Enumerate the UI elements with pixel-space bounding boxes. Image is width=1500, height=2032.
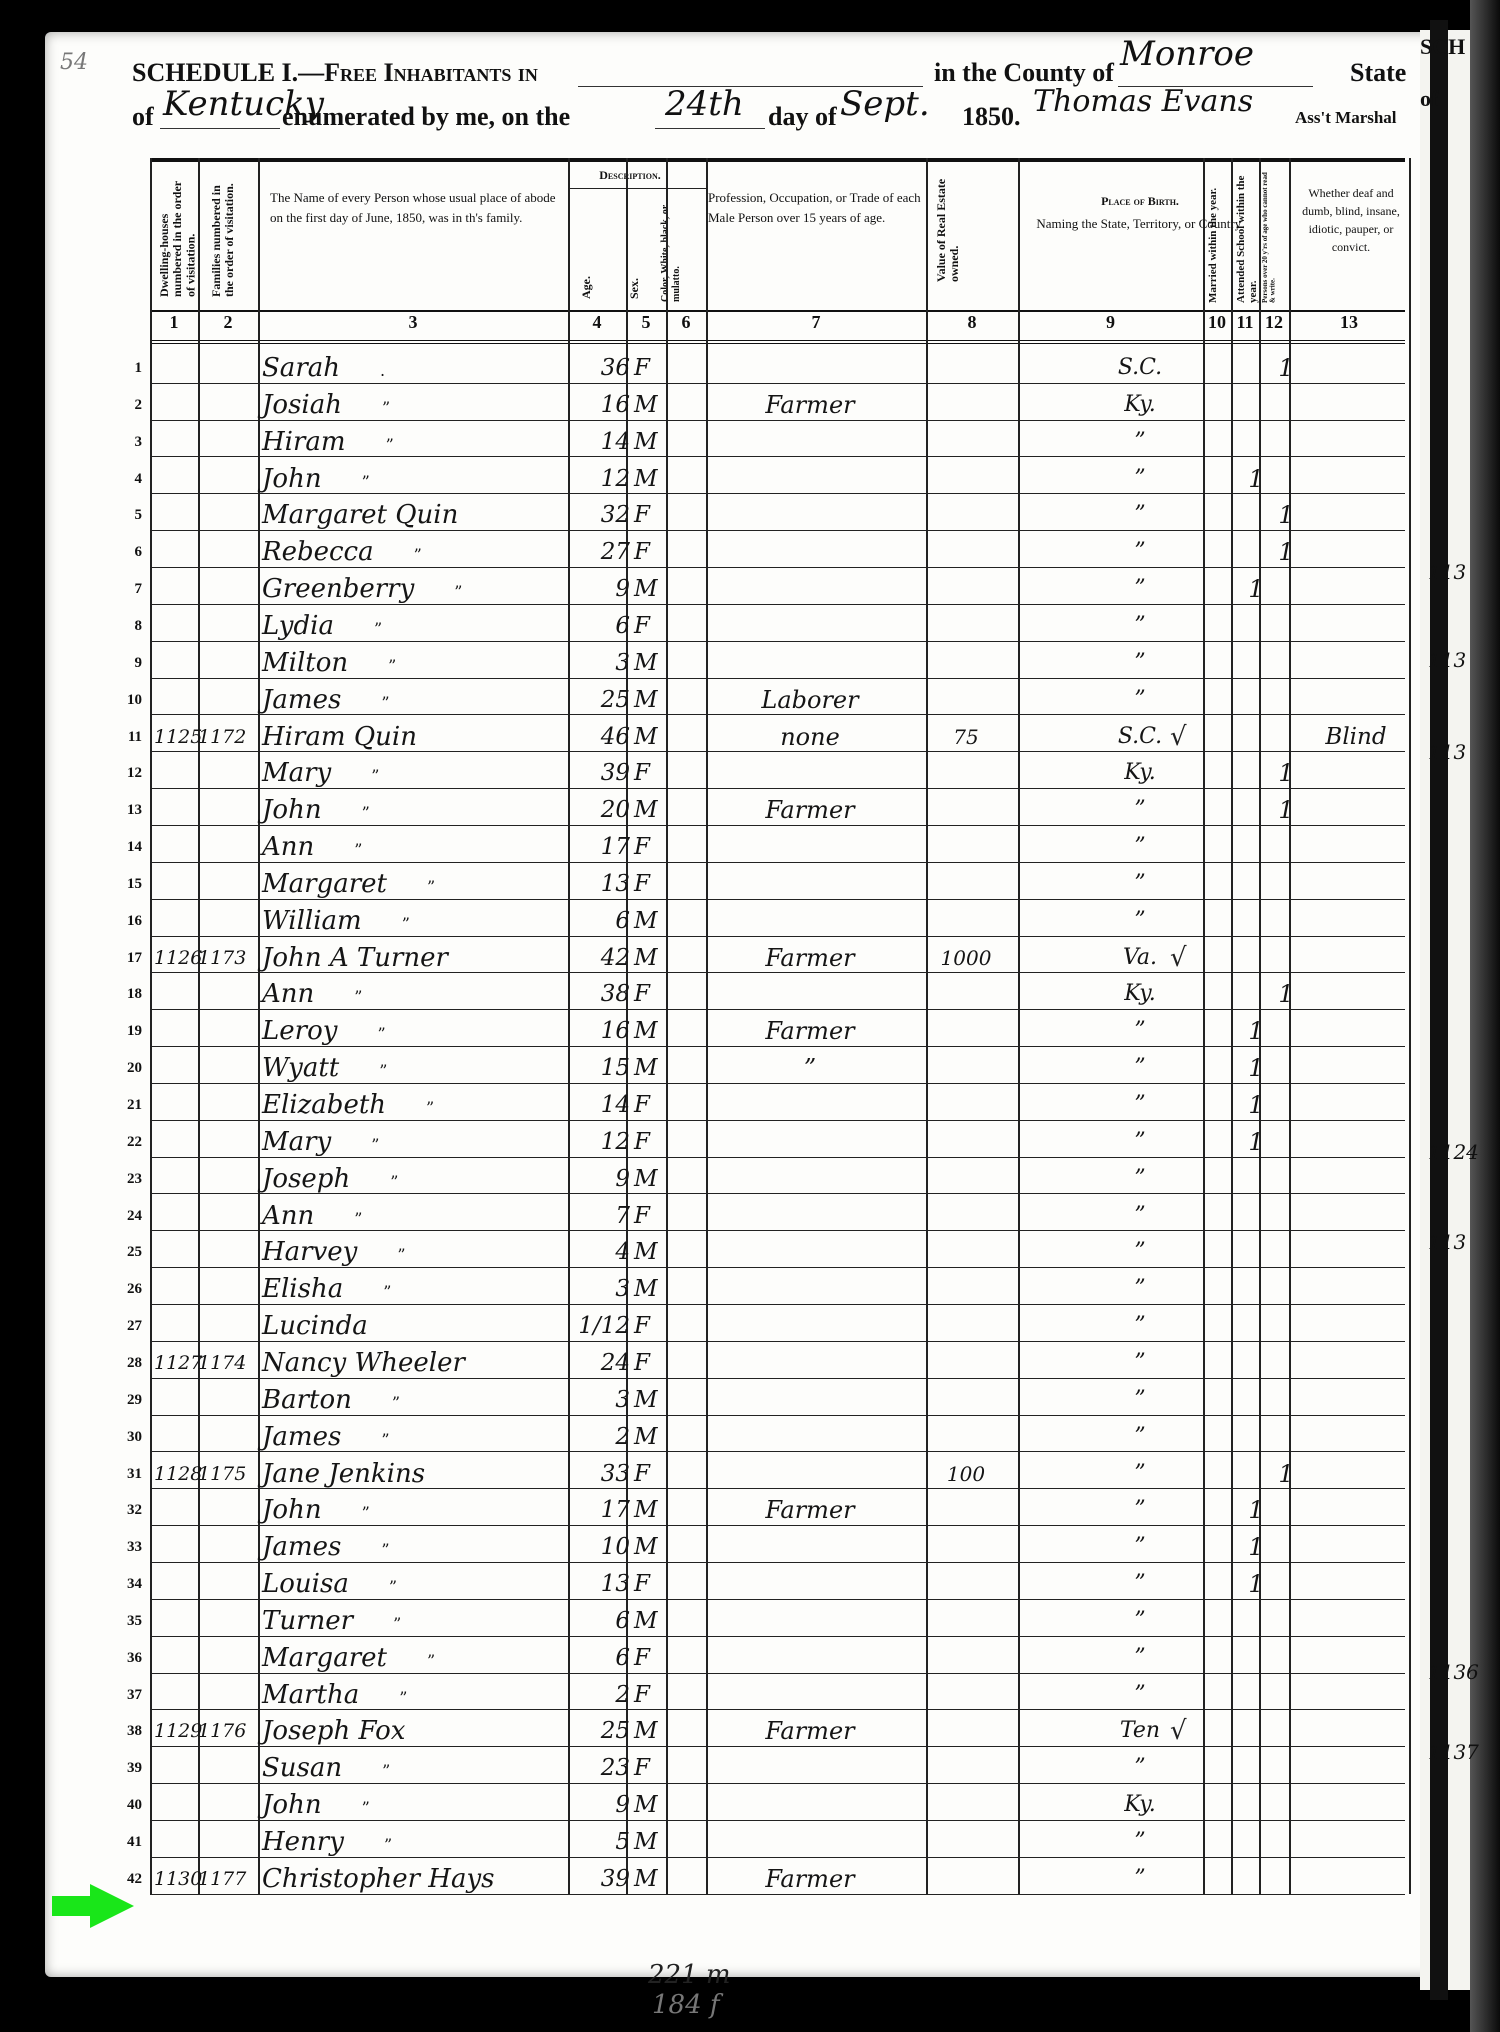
table-row: 33James”10M”1 <box>150 1525 1405 1563</box>
real-estate-value <box>922 680 1010 714</box>
table-row: 5Margaret Quin32F”1 <box>150 493 1405 531</box>
column-number: 4 <box>568 312 626 333</box>
ditto-mark: ” <box>427 877 435 896</box>
ditto-mark: . <box>380 361 385 380</box>
condition: Blind <box>1302 717 1410 751</box>
family-number <box>198 790 258 824</box>
line-number: 15 <box>108 876 142 893</box>
attended-school <box>1242 1454 1270 1488</box>
age: 25 <box>572 680 630 714</box>
condition <box>1302 790 1410 824</box>
cannot-read-write <box>1272 1417 1300 1451</box>
sex: F <box>634 864 684 898</box>
dwelling-number <box>154 459 194 493</box>
attended-school: 1 <box>1242 1564 1270 1598</box>
table-row: 15Margaret”13F” <box>150 862 1405 900</box>
dwelling-number <box>154 1306 194 1340</box>
sex: M <box>634 1159 684 1193</box>
table-row: 37Martha”2F” <box>150 1673 1405 1711</box>
age: 17 <box>572 1490 630 1524</box>
line-number: 32 <box>108 1502 142 1519</box>
table-row: 14Ann”17F” <box>150 825 1405 863</box>
occupation <box>700 1085 920 1119</box>
condition <box>1302 1859 1410 1893</box>
line-number: 27 <box>108 1318 142 1335</box>
family-number <box>198 1638 258 1672</box>
occupation <box>700 1454 920 1488</box>
family-number <box>198 606 258 640</box>
dwelling-number <box>154 385 194 419</box>
age: 39 <box>572 1859 630 1893</box>
ditto-mark: ” <box>354 840 362 859</box>
ditto-mark: ” <box>354 987 362 1006</box>
occupation <box>700 753 920 787</box>
real-estate-value <box>922 1601 1010 1635</box>
attended-school <box>1242 864 1270 898</box>
sex: F <box>634 974 684 1008</box>
cannot-read-write <box>1272 1638 1300 1672</box>
occupation: ” <box>700 1048 920 1082</box>
condition <box>1302 1196 1410 1230</box>
dwelling-number <box>154 1785 194 1819</box>
occupation <box>700 1159 920 1193</box>
table-row: 30James”2M” <box>150 1415 1405 1453</box>
married-within-year <box>1210 569 1238 603</box>
occupation <box>700 1601 920 1635</box>
real-estate-value <box>922 1638 1010 1672</box>
ditto-mark: ” <box>382 1761 390 1780</box>
real-estate-value <box>922 1527 1010 1561</box>
dwelling-number: 1125 <box>154 717 194 751</box>
sex: M <box>634 422 684 456</box>
real-estate-value <box>922 532 1010 566</box>
married-within-year <box>1210 864 1238 898</box>
dwelling-number <box>154 1748 194 1782</box>
age: 7 <box>572 1196 630 1230</box>
cannot-read-write <box>1272 1675 1300 1709</box>
dwelling-number <box>154 643 194 677</box>
table-row: 6Rebecca”27F”1 <box>150 530 1405 568</box>
dwelling-number <box>154 864 194 898</box>
attended-school <box>1242 643 1270 677</box>
occupation <box>700 459 920 493</box>
real-estate-value <box>922 1380 1010 1414</box>
table-row: 24Ann”7F” <box>150 1194 1405 1232</box>
attended-school <box>1242 1306 1270 1340</box>
cannot-read-write: 1 <box>1272 348 1300 382</box>
condition <box>1302 1232 1410 1266</box>
attended-school <box>1242 1601 1270 1635</box>
table-row: 35Turner”6M” <box>150 1599 1405 1637</box>
page-binding <box>1430 20 1448 2000</box>
dwelling-number <box>154 901 194 935</box>
attended-school <box>1242 1269 1270 1303</box>
dwelling-number <box>154 1527 194 1561</box>
state-line <box>160 128 280 129</box>
ditto-mark: ” <box>392 1393 400 1412</box>
real-estate-value <box>922 606 1010 640</box>
ditto-mark: ” <box>381 693 389 712</box>
family-number <box>198 1490 258 1524</box>
col-color-header: Color, White, black, or mulatto. <box>660 190 690 302</box>
line-number: 18 <box>108 986 142 1003</box>
table-row: 21Elizabeth”14F”1 <box>150 1083 1405 1121</box>
dwelling-number <box>154 348 194 382</box>
occupation <box>700 1380 920 1414</box>
occupation <box>700 974 920 1008</box>
adjacent-dwelling-number: 113 <box>1428 648 1466 672</box>
month-value: Sept. <box>840 84 930 124</box>
line-number: 21 <box>108 1097 142 1114</box>
family-number <box>198 1380 258 1414</box>
attended-school: 1 <box>1242 1490 1270 1524</box>
day-value: 24th <box>665 84 744 124</box>
real-estate-value <box>922 753 1010 787</box>
family-number: 1176 <box>198 1711 258 1745</box>
schedule-label: SCHEDULE I.—Free Inhabitants in <box>132 58 538 87</box>
sex: M <box>634 1269 684 1303</box>
married-within-year <box>1210 1159 1238 1193</box>
dwelling-number <box>154 1122 194 1156</box>
dwelling-number <box>154 422 194 456</box>
year-label: 1850. <box>962 102 1021 132</box>
line-number: 30 <box>108 1429 142 1446</box>
table-row: 32John”17MFarmer”1 <box>150 1488 1405 1526</box>
married-within-year <box>1210 1454 1238 1488</box>
family-number: 1174 <box>198 1343 258 1377</box>
attended-school <box>1242 1859 1270 1893</box>
family-number <box>198 1601 258 1635</box>
occupation <box>700 422 920 456</box>
table-row: 34Louisa”13F”1 <box>150 1562 1405 1600</box>
real-estate-value <box>922 385 1010 419</box>
age: 6 <box>572 606 630 640</box>
ditto-mark: ” <box>390 1172 398 1191</box>
married-within-year <box>1210 1417 1238 1451</box>
age: 12 <box>572 459 630 493</box>
family-number <box>198 1822 258 1856</box>
cannot-read-write <box>1272 1048 1300 1082</box>
highlight-arrow-icon <box>90 1884 134 1928</box>
condition <box>1302 1159 1410 1193</box>
sex: F <box>634 827 684 861</box>
real-estate-value <box>922 1748 1010 1782</box>
ditto-mark: ” <box>397 1245 405 1264</box>
cannot-read-write <box>1272 1527 1300 1561</box>
highlight-arrow-shaft <box>52 1896 92 1916</box>
cannot-read-write <box>1272 569 1300 603</box>
family-number <box>198 385 258 419</box>
state-label: State <box>1350 58 1406 88</box>
line-number: 26 <box>108 1281 142 1298</box>
dwelling-number <box>154 1822 194 1856</box>
real-estate-value <box>922 1711 1010 1745</box>
dwelling-number <box>154 680 194 714</box>
age: 12 <box>572 1122 630 1156</box>
occupation <box>700 1417 920 1451</box>
married-within-year <box>1210 1859 1238 1893</box>
cannot-read-write <box>1272 827 1300 861</box>
line-number: 17 <box>108 950 142 967</box>
table-row: 27Lucinda1/12F” <box>150 1304 1405 1342</box>
condition <box>1302 532 1410 566</box>
line-number: 40 <box>108 1797 142 1814</box>
column-number: 10 <box>1203 312 1231 333</box>
age: 20 <box>572 790 630 824</box>
table-row: 40John”9MKy. <box>150 1783 1405 1821</box>
occupation <box>700 1564 920 1598</box>
adjacent-dwelling-number: 1136 <box>1428 1660 1479 1684</box>
dwelling-number <box>154 606 194 640</box>
dwelling-number <box>154 1048 194 1082</box>
description-header: Description. <box>570 166 690 184</box>
dwelling-number <box>154 1638 194 1672</box>
cannot-read-write <box>1272 459 1300 493</box>
marshal-name: Thomas Evans <box>1033 84 1253 119</box>
attended-school <box>1242 1822 1270 1856</box>
age: 4 <box>572 1232 630 1266</box>
line-number: 34 <box>108 1576 142 1593</box>
condition <box>1302 569 1410 603</box>
dwelling-number <box>154 495 194 529</box>
ditto-mark: ” <box>414 545 422 564</box>
real-estate-value <box>922 1232 1010 1266</box>
cannot-read-write <box>1272 1711 1300 1745</box>
line-number: 3 <box>108 434 142 451</box>
family-number <box>198 753 258 787</box>
real-estate-value <box>922 790 1010 824</box>
line-number: 36 <box>108 1650 142 1667</box>
line-number: 11 <box>108 729 142 746</box>
cannot-read-write <box>1272 864 1300 898</box>
dwelling-number <box>154 532 194 566</box>
condition <box>1302 1085 1410 1119</box>
adjacent-dwelling-number: 1124 <box>1428 1140 1479 1164</box>
age: 6 <box>572 1601 630 1635</box>
cannot-read-write <box>1272 1269 1300 1303</box>
dwelling-number <box>154 1196 194 1230</box>
cannot-read-write <box>1272 422 1300 456</box>
description-rule <box>568 188 706 189</box>
attended-school <box>1242 1675 1270 1709</box>
sex: M <box>634 717 684 751</box>
condition <box>1302 1675 1410 1709</box>
ditto-mark: ” <box>377 1024 385 1043</box>
column-number: 12 <box>1259 312 1289 333</box>
condition <box>1302 1048 1410 1082</box>
age: 14 <box>572 422 630 456</box>
condition <box>1302 643 1410 677</box>
col-sex-header: Sex. <box>628 254 641 299</box>
table-row: 41Henry”5M” <box>150 1820 1405 1858</box>
condition <box>1302 1269 1410 1303</box>
attended-school: 1 <box>1242 1048 1270 1082</box>
occupation <box>700 1306 920 1340</box>
line-number: 8 <box>108 618 142 635</box>
line-number: 22 <box>108 1134 142 1151</box>
dwelling-number <box>154 1011 194 1045</box>
attended-school <box>1242 1380 1270 1414</box>
attended-school <box>1242 790 1270 824</box>
family-number <box>198 1675 258 1709</box>
real-estate-value <box>922 827 1010 861</box>
attended-school <box>1242 1417 1270 1451</box>
page-corner-note: 54 <box>60 50 88 75</box>
line-number: 14 <box>108 839 142 856</box>
married-within-year <box>1210 938 1238 972</box>
condition <box>1302 1122 1410 1156</box>
ditto-mark: ” <box>371 1135 379 1154</box>
ditto-mark: ” <box>454 582 462 601</box>
condition <box>1302 1785 1410 1819</box>
ditto-mark: ” <box>427 1651 435 1670</box>
occupation: Farmer <box>700 790 920 824</box>
sex: M <box>634 1417 684 1451</box>
family-number <box>198 1748 258 1782</box>
condition <box>1302 1011 1410 1045</box>
adjacent-dwelling-number: 113 <box>1428 740 1466 764</box>
occupation <box>700 348 920 382</box>
cannot-read-write <box>1272 1011 1300 1045</box>
sex: F <box>634 1748 684 1782</box>
age: 16 <box>572 385 630 419</box>
married-within-year <box>1210 1822 1238 1856</box>
age: 1/12 <box>572 1306 630 1340</box>
dwelling-number <box>154 1159 194 1193</box>
age: 25 <box>572 1711 630 1745</box>
real-estate-value <box>922 1196 1010 1230</box>
age: 14 <box>572 1085 630 1119</box>
real-estate-value <box>922 1343 1010 1377</box>
married-within-year <box>1210 1601 1238 1635</box>
dwelling-number <box>154 827 194 861</box>
occupation <box>700 1232 920 1266</box>
dwelling-number <box>154 1564 194 1598</box>
sex: F <box>634 1675 684 1709</box>
line-number: 38 <box>108 1723 142 1740</box>
col-age-header: Age. <box>580 254 593 299</box>
attended-school <box>1242 385 1270 419</box>
cannot-read-write <box>1272 1601 1300 1635</box>
attended-school <box>1242 422 1270 456</box>
line-number: 29 <box>108 1392 142 1409</box>
family-number <box>198 1269 258 1303</box>
attended-school <box>1242 606 1270 640</box>
cannot-read-write <box>1272 385 1300 419</box>
married-within-year <box>1210 1785 1238 1819</box>
attended-school <box>1242 717 1270 751</box>
ditto-mark: ” <box>354 1209 362 1228</box>
sex: M <box>634 938 684 972</box>
condition <box>1302 459 1410 493</box>
dwelling-number <box>154 1417 194 1451</box>
sex: F <box>634 1454 684 1488</box>
cannot-read-write <box>1272 938 1300 972</box>
condition <box>1302 1601 1410 1635</box>
cannot-read-write: 1 <box>1272 1454 1300 1488</box>
age: 24 <box>572 1343 630 1377</box>
table-row: 20Wyatt”15M””1 <box>150 1046 1405 1084</box>
line-number: 25 <box>108 1244 142 1261</box>
dwelling-number: 1129 <box>154 1711 194 1745</box>
cannot-read-write <box>1272 1564 1300 1598</box>
real-estate-value <box>922 1159 1010 1193</box>
married-within-year <box>1210 459 1238 493</box>
married-within-year <box>1210 495 1238 529</box>
sex: F <box>634 532 684 566</box>
attended-school <box>1242 827 1270 861</box>
occupation: Farmer <box>700 1490 920 1524</box>
line-number: 23 <box>108 1171 142 1188</box>
table-row: 2Josiah”16MFarmerKy. <box>150 383 1405 421</box>
married-within-year <box>1210 901 1238 935</box>
column-number: 7 <box>706 312 926 333</box>
real-estate-value <box>922 1306 1010 1340</box>
sex: M <box>634 790 684 824</box>
married-within-year <box>1210 827 1238 861</box>
line-number: 9 <box>108 655 142 672</box>
table-row: 4211301177Christopher Hays39MFarmer” <box>150 1857 1405 1895</box>
family-number <box>198 1785 258 1819</box>
table-row: 3Hiram”14M” <box>150 420 1405 458</box>
day-of-label: day of <box>768 102 837 132</box>
sex: F <box>634 348 684 382</box>
dwelling-number: 1130 <box>154 1859 194 1893</box>
married-within-year <box>1210 348 1238 382</box>
tally-note-females: 184 f <box>652 1990 720 2020</box>
sex: M <box>634 901 684 935</box>
marshal-label: Ass't Marshal <box>1295 108 1397 128</box>
occupation: Farmer <box>700 1711 920 1745</box>
dwelling-number <box>154 1269 194 1303</box>
condition <box>1302 1527 1410 1561</box>
sex: M <box>634 1785 684 1819</box>
ditto-mark: ” <box>362 1503 370 1522</box>
married-within-year <box>1210 1711 1238 1745</box>
occupation <box>700 827 920 861</box>
real-estate-value <box>922 1675 1010 1709</box>
real-estate-value <box>922 1564 1010 1598</box>
sex: M <box>634 1822 684 1856</box>
condition <box>1302 1380 1410 1414</box>
married-within-year <box>1210 1048 1238 1082</box>
family-number <box>198 1306 258 1340</box>
married-within-year <box>1210 1306 1238 1340</box>
age: 33 <box>572 1454 630 1488</box>
occupation <box>700 569 920 603</box>
table-row: 13John”20MFarmer”1 <box>150 788 1405 826</box>
occupation: none <box>700 717 920 751</box>
real-estate-value <box>922 1417 1010 1451</box>
family-number: 1177 <box>198 1859 258 1893</box>
dwelling-number <box>154 753 194 787</box>
adjacent-schedule-label: SCH <box>1420 34 1465 60</box>
age: 42 <box>572 938 630 972</box>
married-within-year <box>1210 532 1238 566</box>
real-estate-value: 100 <box>922 1454 1010 1488</box>
sex: F <box>634 606 684 640</box>
condition <box>1302 1454 1410 1488</box>
line-number: 20 <box>108 1060 142 1077</box>
condition <box>1302 1306 1410 1340</box>
dwelling-number: 1126 <box>154 938 194 972</box>
real-estate-value <box>922 495 1010 529</box>
real-estate-value <box>922 1859 1010 1893</box>
married-within-year <box>1210 1675 1238 1709</box>
family-number <box>198 974 258 1008</box>
married-within-year <box>1210 643 1238 677</box>
condition <box>1302 348 1410 382</box>
